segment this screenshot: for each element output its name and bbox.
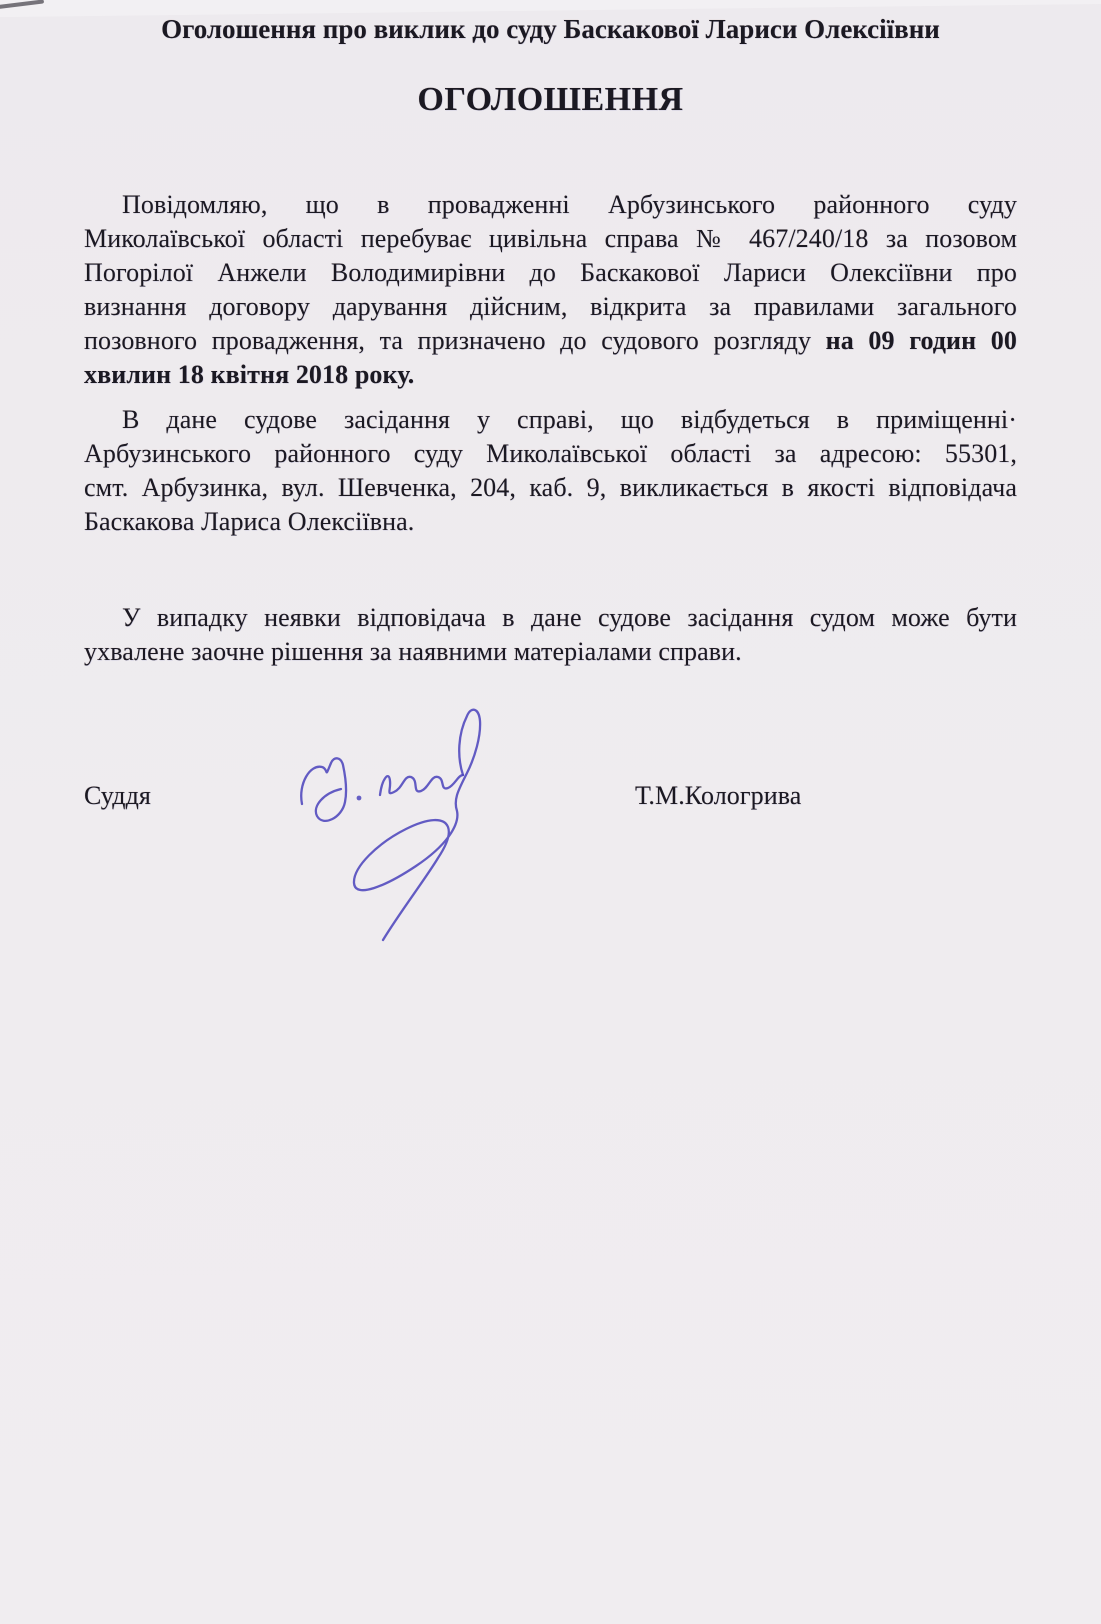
text-fragment: позовного провадження, та призначено до … xyxy=(84,326,811,355)
text-line: Арбузинського районного суду Миколаївськ… xyxy=(84,437,1017,471)
document-title: Оголошення про виклик до суду Баскакової… xyxy=(84,12,1017,46)
announcement-heading: ОГОЛОШЕННЯ xyxy=(84,82,1017,118)
text-line: Миколаївської області перебуває цивільна… xyxy=(84,222,1017,256)
text-line: В дане судове засідання у справі, що від… xyxy=(84,403,1017,437)
text-line: У випадку неявки відповідача в дане судо… xyxy=(84,601,1017,635)
paragraph-absence-warning: У випадку неявки відповідача в дане судо… xyxy=(84,601,1017,669)
text-line: ухвалене заочне рішення за наявними мате… xyxy=(84,635,1017,669)
paragraph-case-info: Повідомляю, що в провадженні Арбузинсько… xyxy=(84,188,1017,392)
text-line: позовного провадження, та призначено до … xyxy=(84,324,1017,358)
hearing-datetime-bold: хвилин 18 квітня 2018 року. xyxy=(84,360,414,389)
judge-signature xyxy=(288,688,488,946)
signature-row: Суддя Т.М.Кологрива xyxy=(0,779,1101,813)
text-line: Повідомляю, що в провадженні Арбузинсько… xyxy=(84,188,1017,222)
judge-name: Т.М.Кологрива xyxy=(635,779,801,813)
judge-label: Суддя xyxy=(84,779,151,813)
text-line: хвилин 18 квітня 2018 року. xyxy=(84,358,1017,392)
text-line: Баскакова Лариса Олексіївна. xyxy=(84,505,1017,539)
text-line: смт. Арбузинка, вул. Шевченка, 204, каб.… xyxy=(84,471,1017,505)
scanned-court-summons-document: Оголошення про виклик до суду Баскакової… xyxy=(0,0,1101,1624)
paragraph-summons-details: В дане судове засідання у справі, що від… xyxy=(84,403,1017,539)
text-line: визнання договору дарування дійсним, від… xyxy=(84,290,1017,324)
text-line: Погорілої Анжели Володимирівни до Баскак… xyxy=(84,256,1017,290)
hearing-datetime-bold: на 09 годин 00 xyxy=(826,326,1017,355)
